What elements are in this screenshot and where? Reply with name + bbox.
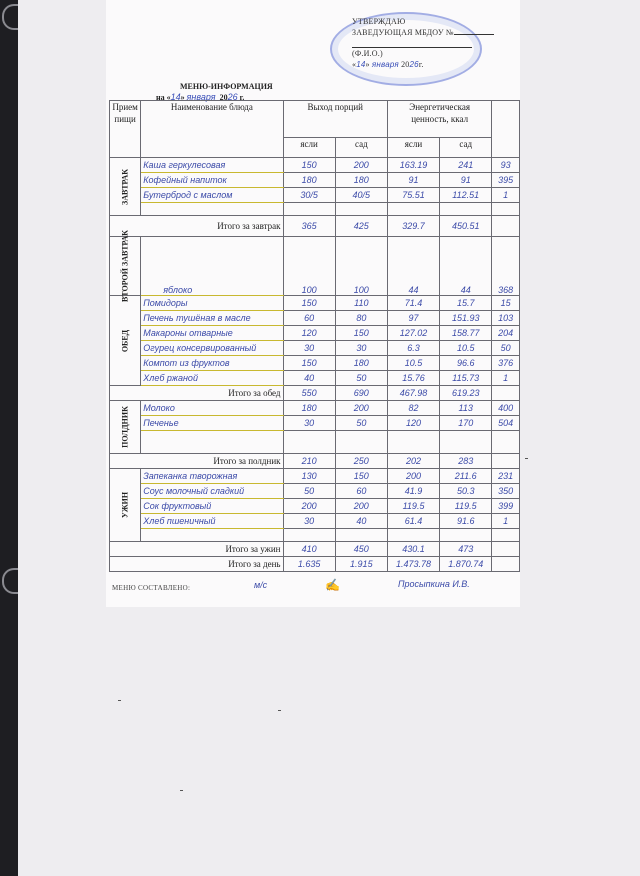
blank-cell — [492, 529, 520, 542]
dish-name: Молоко — [141, 401, 283, 416]
kcal-garden-cell: 170 — [440, 416, 492, 431]
header-portion: Выход порций — [283, 101, 387, 138]
total-portion-nursery: 410 — [283, 542, 335, 557]
kcal-garden-cell: 96.6 — [440, 356, 492, 371]
portion-nursery-cell: 200 — [283, 499, 335, 514]
header-kcal-garden: сад — [440, 137, 492, 157]
kcal-nursery-cell: 10.5 — [387, 356, 439, 371]
blank-row — [110, 431, 520, 454]
total-portion-garden: 425 — [335, 216, 387, 237]
blank-cell — [492, 386, 520, 401]
blank-cell — [283, 431, 335, 454]
meal-label-text: ВТОРОЙ ЗАВТРАК — [121, 230, 130, 302]
meal-label: ОБЕД — [110, 296, 141, 386]
blank-cell — [141, 203, 283, 216]
total-kcal-garden: 450.51 — [440, 216, 492, 237]
table-row: Печень тушёная в масле608097151.93103 — [110, 311, 520, 326]
portion-nursery-cell: 30/5 — [283, 188, 335, 203]
blank-cell — [440, 431, 492, 454]
extra-cell: 103 — [492, 311, 520, 326]
meal-label-text: ОБЕД — [121, 329, 130, 351]
portion-nursery-cell: 40 — [283, 371, 335, 386]
meal-label: ПОЛДНИК — [110, 401, 141, 454]
portion-garden-cell: 50 — [335, 416, 387, 431]
table-row: Бутерброд с маслом30/540/575.51112.511 — [110, 188, 520, 203]
header-portion-nursery: ясли — [283, 137, 335, 157]
portion-nursery-cell: 180 — [283, 173, 335, 188]
blank-cell — [387, 203, 439, 216]
footer-label: МЕНЮ СОСТАВЛЕНО: — [112, 584, 190, 592]
approval-date: «14» января 2026г. — [352, 59, 494, 70]
blank-cell — [335, 431, 387, 454]
dish-name: Печень тушёная в масле — [141, 311, 283, 326]
portion-garden-cell: 110 — [335, 296, 387, 311]
extra-cell: 395 — [492, 173, 520, 188]
extra-cell: 50 — [492, 341, 520, 356]
extra-cell: 368 — [492, 237, 520, 296]
document-title: МЕНЮ-ИНФОРМАЦИЯ — [180, 82, 273, 91]
kcal-garden-cell: 151.93 — [440, 311, 492, 326]
day-total-portion-nursery: 1.635 — [283, 557, 335, 572]
kcal-garden-cell: 44 — [440, 237, 492, 296]
total-portion-nursery: 365 — [283, 216, 335, 237]
dish-name: Компот из фруктов — [141, 356, 283, 371]
scan-speck — [118, 700, 121, 701]
day-total-label: Итого за день — [110, 557, 284, 572]
blank-cell — [387, 431, 439, 454]
total-row: Итого за завтрак365425329.7450.51 — [110, 216, 520, 237]
header-energy: Энергетическая ценность, ккал — [387, 101, 491, 138]
portion-nursery-cell: 180 — [283, 401, 335, 416]
blank-cell — [492, 454, 520, 469]
table-row: Хлеб ржаной405015.76115.731 — [110, 371, 520, 386]
total-label: Итого за полдник — [110, 454, 284, 469]
total-portion-garden: 450 — [335, 542, 387, 557]
portion-nursery-cell: 30 — [283, 341, 335, 356]
kcal-nursery-cell: 91 — [387, 173, 439, 188]
kcal-garden-cell: 10.5 — [440, 341, 492, 356]
scan-speck — [180, 790, 183, 791]
day-total-kcal-garden: 1.870.74 — [440, 557, 492, 572]
kcal-garden-cell: 158.77 — [440, 326, 492, 341]
kcal-garden-cell: 113 — [440, 401, 492, 416]
kcal-nursery-cell: 6.3 — [387, 341, 439, 356]
kcal-nursery-cell: 200 — [387, 469, 439, 484]
header-extra — [492, 101, 520, 158]
table-row: Компот из фруктов15018010.596.6376 — [110, 356, 520, 371]
extra-cell: 1 — [492, 188, 520, 203]
dish-name: Печенье — [141, 416, 283, 431]
blank-cell — [283, 203, 335, 216]
binder-ring — [2, 4, 18, 30]
blank-cell — [492, 542, 520, 557]
meal-label: ВТОРОЙ ЗАВТРАК — [110, 237, 141, 296]
portion-nursery-cell: 130 — [283, 469, 335, 484]
extra-cell: 400 — [492, 401, 520, 416]
table-row: Печенье3050120170504 — [110, 416, 520, 431]
footer-position: м/с — [254, 580, 267, 590]
portion-nursery-cell: 50 — [283, 484, 335, 499]
blank-cell — [335, 529, 387, 542]
portion-nursery-cell: 30 — [283, 416, 335, 431]
total-kcal-nursery: 467.98 — [387, 386, 439, 401]
signature-line — [352, 38, 472, 48]
total-kcal-garden: 619.23 — [440, 386, 492, 401]
meal-label-text: УЖИН — [121, 492, 130, 518]
portion-garden-cell: 100 — [335, 237, 387, 296]
kcal-garden-cell: 91.6 — [440, 514, 492, 529]
portion-garden-cell: 30 — [335, 341, 387, 356]
portion-garden-cell: 60 — [335, 484, 387, 499]
table-row: Огурец консервированный30306.310.550 — [110, 341, 520, 356]
extra-cell: 504 — [492, 416, 520, 431]
binder-ring — [2, 568, 18, 594]
blank-row — [110, 529, 520, 542]
total-kcal-nursery: 430.1 — [387, 542, 439, 557]
blank-cell — [283, 529, 335, 542]
blank-cell — [440, 529, 492, 542]
blank-cell — [141, 431, 283, 454]
table-row: ОБЕДПомидоры15011071.415.715 — [110, 296, 520, 311]
day-total-kcal-nursery: 1.473.78 — [387, 557, 439, 572]
total-kcal-nursery: 329.7 — [387, 216, 439, 237]
total-kcal-garden: 473 — [440, 542, 492, 557]
portion-garden-cell: 150 — [335, 326, 387, 341]
blank-cell — [492, 557, 520, 572]
kcal-nursery-cell: 71.4 — [387, 296, 439, 311]
total-portion-nursery: 210 — [283, 454, 335, 469]
portion-nursery-cell: 150 — [283, 158, 335, 173]
meal-label: ЗАВТРАК — [110, 158, 141, 216]
kcal-nursery-cell: 41.9 — [387, 484, 439, 499]
dish-name: Помидоры — [141, 296, 283, 311]
portion-nursery-cell: 60 — [283, 311, 335, 326]
portion-garden-cell: 80 — [335, 311, 387, 326]
portion-garden-cell: 40/5 — [335, 188, 387, 203]
extra-cell: 204 — [492, 326, 520, 341]
day-total-row: Итого за день1.6351.9151.473.781.870.74 — [110, 557, 520, 572]
dish-name: Кофейный напиток — [141, 173, 283, 188]
total-portion-nursery: 550 — [283, 386, 335, 401]
portion-nursery-cell: 30 — [283, 514, 335, 529]
kcal-garden-cell: 211.6 — [440, 469, 492, 484]
approval-block: УТВЕРЖДАЮ ЗАВЕДУЮЩАЯ МБДОУ № (Ф.И.О.) «1… — [352, 16, 494, 70]
table-row: УЖИНЗапеканка творожная130150200211.6231 — [110, 469, 520, 484]
kcal-garden-cell: 115.73 — [440, 371, 492, 386]
total-label: Итого за завтрак — [110, 216, 284, 237]
portion-nursery-cell: 150 — [283, 356, 335, 371]
total-row: Итого за ужин410450430.1473 — [110, 542, 520, 557]
blank-cell — [335, 203, 387, 216]
total-row: Итого за обед550690467.98619.23 — [110, 386, 520, 401]
meal-label-text: ЗАВТРАК — [121, 168, 130, 204]
kcal-nursery-cell: 127.02 — [387, 326, 439, 341]
dish-name: Огурец консервированный — [141, 341, 283, 356]
extra-cell: 399 — [492, 499, 520, 514]
table-row: ПОЛДНИКМолоко18020082113400 — [110, 401, 520, 416]
extra-cell: 93 — [492, 158, 520, 173]
kcal-nursery-cell: 120 — [387, 416, 439, 431]
kcal-garden-cell: 15.7 — [440, 296, 492, 311]
dish-name: Каша геркулесовая — [141, 158, 283, 173]
meal-label-text: ПОЛДНИК — [121, 406, 130, 448]
extra-cell: 376 — [492, 356, 520, 371]
table-row: Кофейный напиток1801809191395 — [110, 173, 520, 188]
blank-cell — [141, 529, 283, 542]
table-row: Хлеб пшеничный304061.491.61 — [110, 514, 520, 529]
portion-garden-cell: 200 — [335, 499, 387, 514]
portion-garden-cell: 40 — [335, 514, 387, 529]
total-row: Итого за полдник210250202283 — [110, 454, 520, 469]
day-total-portion-garden: 1.915 — [335, 557, 387, 572]
extra-cell: 1 — [492, 514, 520, 529]
total-kcal-nursery: 202 — [387, 454, 439, 469]
scanner-edge — [0, 0, 18, 876]
kcal-nursery-cell: 163.19 — [387, 158, 439, 173]
kcal-nursery-cell: 75.51 — [387, 188, 439, 203]
meal-label: УЖИН — [110, 469, 141, 542]
total-portion-garden: 690 — [335, 386, 387, 401]
portion-garden-cell: 150 — [335, 469, 387, 484]
dish-name: Макароны отварные — [141, 326, 283, 341]
footer-name: Просыпкина И.В. — [398, 579, 470, 589]
extra-cell: 350 — [492, 484, 520, 499]
menu-body: ЗАВТРАККаша геркулесовая150200163.192419… — [110, 158, 520, 572]
header-meal: Прием пищи — [110, 101, 141, 158]
header-kcal-nursery: ясли — [387, 137, 439, 157]
portion-nursery-cell: 100 — [283, 237, 335, 296]
portion-garden-cell: 180 — [335, 356, 387, 371]
kcal-nursery-cell: 15.76 — [387, 371, 439, 386]
kcal-garden-cell: 112.51 — [440, 188, 492, 203]
dish-name: Хлеб пшеничный — [141, 514, 283, 529]
table-row: Макароны отварные120150127.02158.77204 — [110, 326, 520, 341]
header-dish: Наименование блюда — [141, 101, 283, 158]
portion-garden-cell: 50 — [335, 371, 387, 386]
kcal-nursery-cell: 61.4 — [387, 514, 439, 529]
portion-nursery-cell: 150 — [283, 296, 335, 311]
table-row: Соус молочный сладкий506041.950.3350 — [110, 484, 520, 499]
kcal-nursery-cell: 44 — [387, 237, 439, 296]
dish-name: Бутерброд с маслом — [141, 188, 283, 203]
approval-fio: (Ф.И.О.) — [352, 48, 494, 59]
scan-speck — [525, 458, 528, 459]
blank-cell — [492, 431, 520, 454]
kcal-nursery-cell: 97 — [387, 311, 439, 326]
blank-cell — [492, 203, 520, 216]
footer-signature: ✍ — [325, 578, 340, 593]
kcal-garden-cell: 50.3 — [440, 484, 492, 499]
extra-cell: 231 — [492, 469, 520, 484]
menu-table: Прием пищи Наименование блюда Выход порц… — [109, 100, 520, 572]
total-label: Итого за ужин — [110, 542, 284, 557]
dish-name: Хлеб ржаной — [141, 371, 283, 386]
header-portion-garden: сад — [335, 137, 387, 157]
kcal-nursery-cell: 119.5 — [387, 499, 439, 514]
kcal-garden-cell: 119.5 — [440, 499, 492, 514]
portion-nursery-cell: 120 — [283, 326, 335, 341]
kcal-garden-cell: 91 — [440, 173, 492, 188]
approval-position: ЗАВЕДУЮЩАЯ МБДОУ № — [352, 28, 454, 37]
table-row: Сок фруктовый200200119.5119.5399 — [110, 499, 520, 514]
portion-garden-cell: 200 — [335, 158, 387, 173]
kcal-garden-cell: 241 — [440, 158, 492, 173]
portion-garden-cell: 200 — [335, 401, 387, 416]
scan-speck — [278, 710, 281, 711]
approval-heading: УТВЕРЖДАЮ — [352, 16, 494, 27]
blank-cell — [387, 529, 439, 542]
dish-name: Соус молочный сладкий — [141, 484, 283, 499]
kcal-nursery-cell: 82 — [387, 401, 439, 416]
table-row: ВТОРОЙ ЗАВТРАКяблоко1001004444368 — [110, 237, 520, 296]
portion-garden-cell: 180 — [335, 173, 387, 188]
extra-cell: 15 — [492, 296, 520, 311]
blank-row — [110, 203, 520, 216]
table-row: ЗАВТРАККаша геркулесовая150200163.192419… — [110, 158, 520, 173]
blank-cell — [440, 203, 492, 216]
blank-cell — [492, 216, 520, 237]
dish-name: яблоко — [141, 237, 283, 296]
total-kcal-garden: 283 — [440, 454, 492, 469]
dish-name: Запеканка творожная — [141, 469, 283, 484]
total-portion-garden: 250 — [335, 454, 387, 469]
extra-cell: 1 — [492, 371, 520, 386]
total-label: Итого за обед — [110, 386, 284, 401]
dish-name: Сок фруктовый — [141, 499, 283, 514]
